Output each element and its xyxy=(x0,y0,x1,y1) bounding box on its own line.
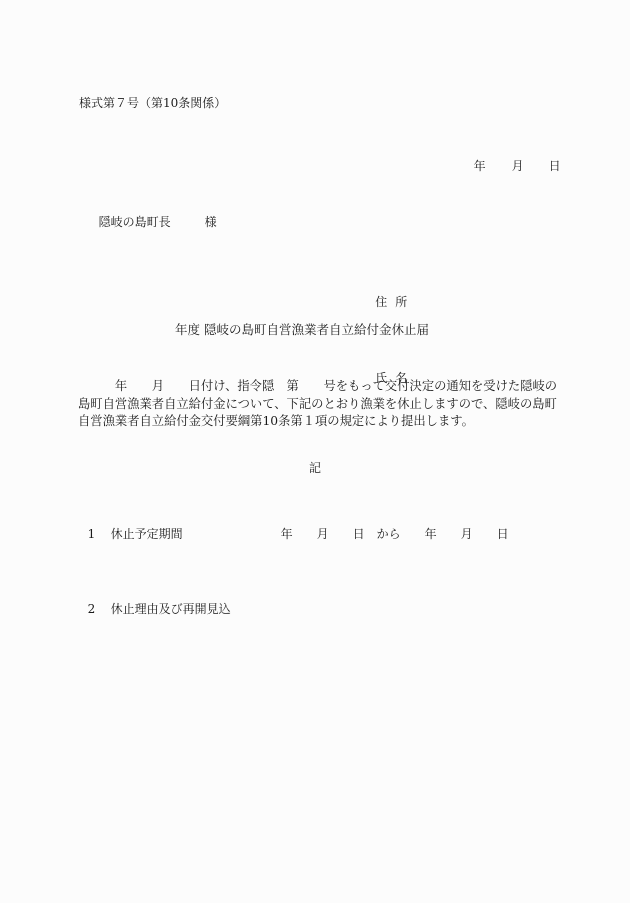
body-paragraph: 年 月 日付け、指令隠 第 号をもって交付決定の通知を受けた隠岐の 島町自営漁業… xyxy=(78,378,556,431)
date-month-label: 月 xyxy=(512,159,549,173)
item-value: 年 月 日 から 年 月 日 xyxy=(281,527,509,541)
item-label: 休止予定期間 xyxy=(111,527,281,541)
addressee-name: 隠岐の島町長 xyxy=(99,215,171,229)
addressee: 隠岐の島町長様 xyxy=(91,201,217,229)
item-number: 2 xyxy=(88,602,111,616)
submission-date: 年月日 xyxy=(466,145,561,173)
item-number: 1 xyxy=(88,527,111,541)
body-line: 自営漁業者自立給付金交付要綱第10条第１項の規定により提出します。 xyxy=(78,413,556,431)
address-label: 住所 xyxy=(360,278,415,326)
document-title: 年度 隠岐の島町自営漁業者自立給付金休止届 xyxy=(175,323,429,337)
item-label: 休止理由及び再開見込 xyxy=(111,602,231,616)
item-suspension-period: 1休止予定期間年 月 日 から 年 月 日 xyxy=(80,513,509,541)
date-day-label: 日 xyxy=(549,159,561,173)
item-suspension-reason: 2休止理由及び再開見込 xyxy=(80,588,231,616)
body-line: 島町自営漁業者自立給付金について、下記のとおり漁業を休止しますので、隠岐の島町 xyxy=(78,396,556,414)
ki-heading: 記 xyxy=(309,461,321,475)
body-line: 年 月 日付け、指令隠 第 号をもって交付決定の通知を受けた隠岐の xyxy=(78,378,556,396)
form-number: 様式第７号（第10条関係） xyxy=(79,96,226,110)
addressee-honorific: 様 xyxy=(205,215,217,229)
date-year-label: 年 xyxy=(474,159,512,173)
